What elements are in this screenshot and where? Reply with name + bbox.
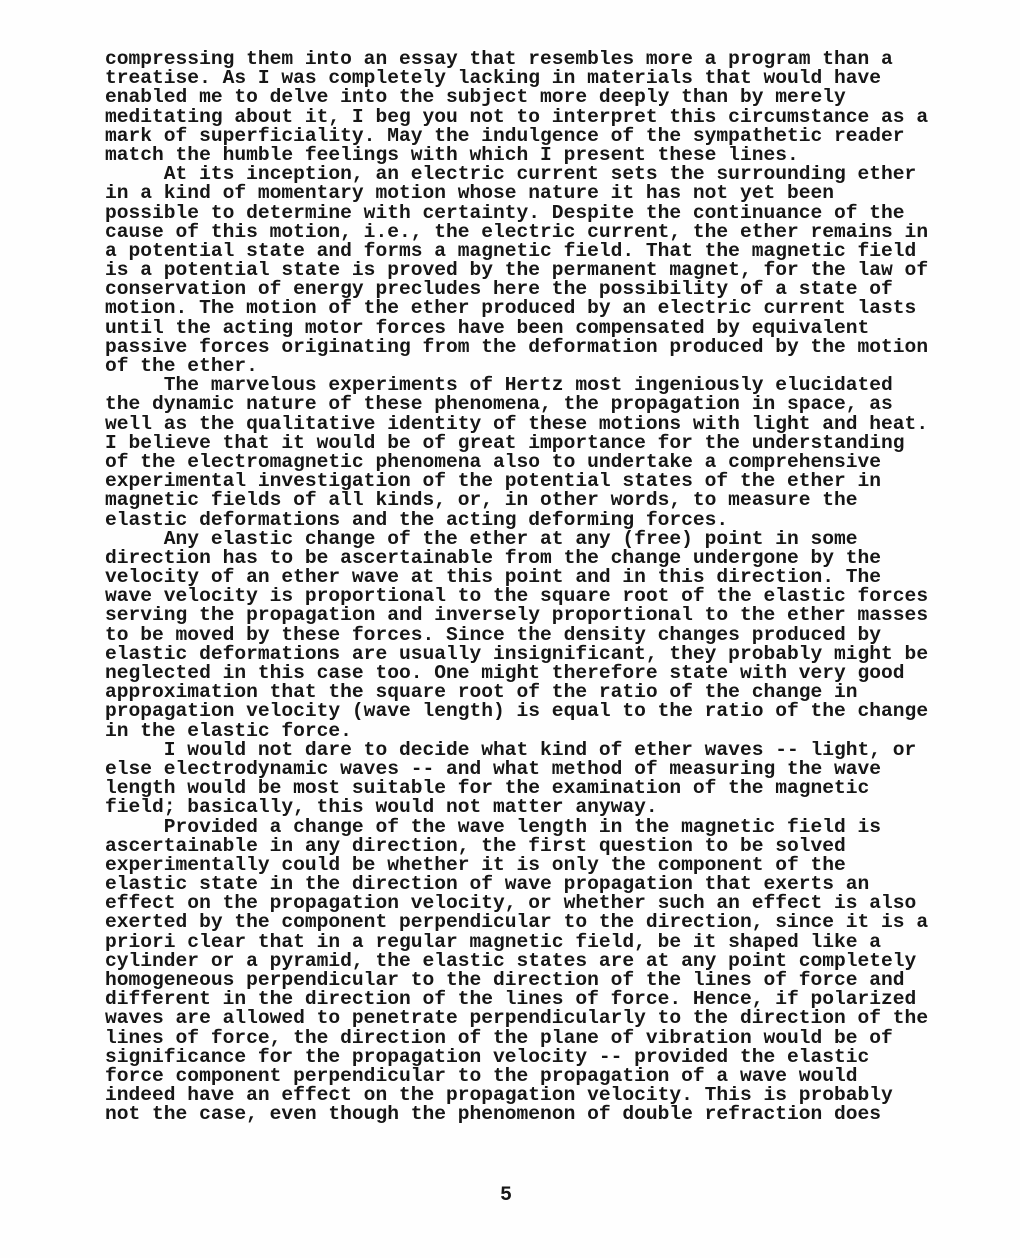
typewritten-text: compressing them into an essay that rese… — [105, 50, 945, 1125]
text-line: to be moved by these forces. Since the d… — [105, 626, 945, 645]
manuscript-page: compressing them into an essay that rese… — [0, 0, 1020, 1258]
text-line: elastic deformations and the acting defo… — [105, 511, 945, 530]
text-line: ascertainable in any direction, the firs… — [105, 837, 945, 856]
text-line: in a kind of momentary motion whose natu… — [105, 184, 945, 203]
page-number: 5 — [0, 1184, 1012, 1207]
text-line: exerted by the component perpendicular t… — [105, 913, 945, 932]
text-line: waves are allowed to penetrate perpendic… — [105, 1009, 945, 1028]
text-line: not the case, even though the phenomenon… — [105, 1105, 945, 1124]
text-line: the dynamic nature of these phenomena, t… — [105, 395, 945, 414]
text-line: Provided a change of the wave length in … — [105, 818, 945, 837]
text-line: enabled me to delve into the subject mor… — [105, 88, 945, 107]
text-line: until the acting motor forces have been … — [105, 319, 945, 338]
text-line: well as the qualitative identity of thes… — [105, 415, 945, 434]
text-line: propagation velocity (wave length) is eq… — [105, 702, 945, 721]
text-line: meditating about it, I beg you not to in… — [105, 108, 945, 127]
text-line: lines of force, the direction of the pla… — [105, 1029, 945, 1048]
text-line: field; basically, this would not matter … — [105, 798, 945, 817]
text-line: serving the propagation and inversely pr… — [105, 606, 945, 625]
text-line: in the elastic force. — [105, 722, 945, 741]
text-line: Any elastic change of the ether at any (… — [105, 530, 945, 549]
text-line: priori clear that in a regular magnetic … — [105, 933, 945, 952]
text-line: cause of this motion, i.e., the electric… — [105, 223, 945, 242]
text-line: possible to determine with certainty. De… — [105, 204, 945, 223]
text-line: motion. The motion of the ether produced… — [105, 299, 945, 318]
text-line: magnetic fields of all kinds, or, in oth… — [105, 491, 945, 510]
